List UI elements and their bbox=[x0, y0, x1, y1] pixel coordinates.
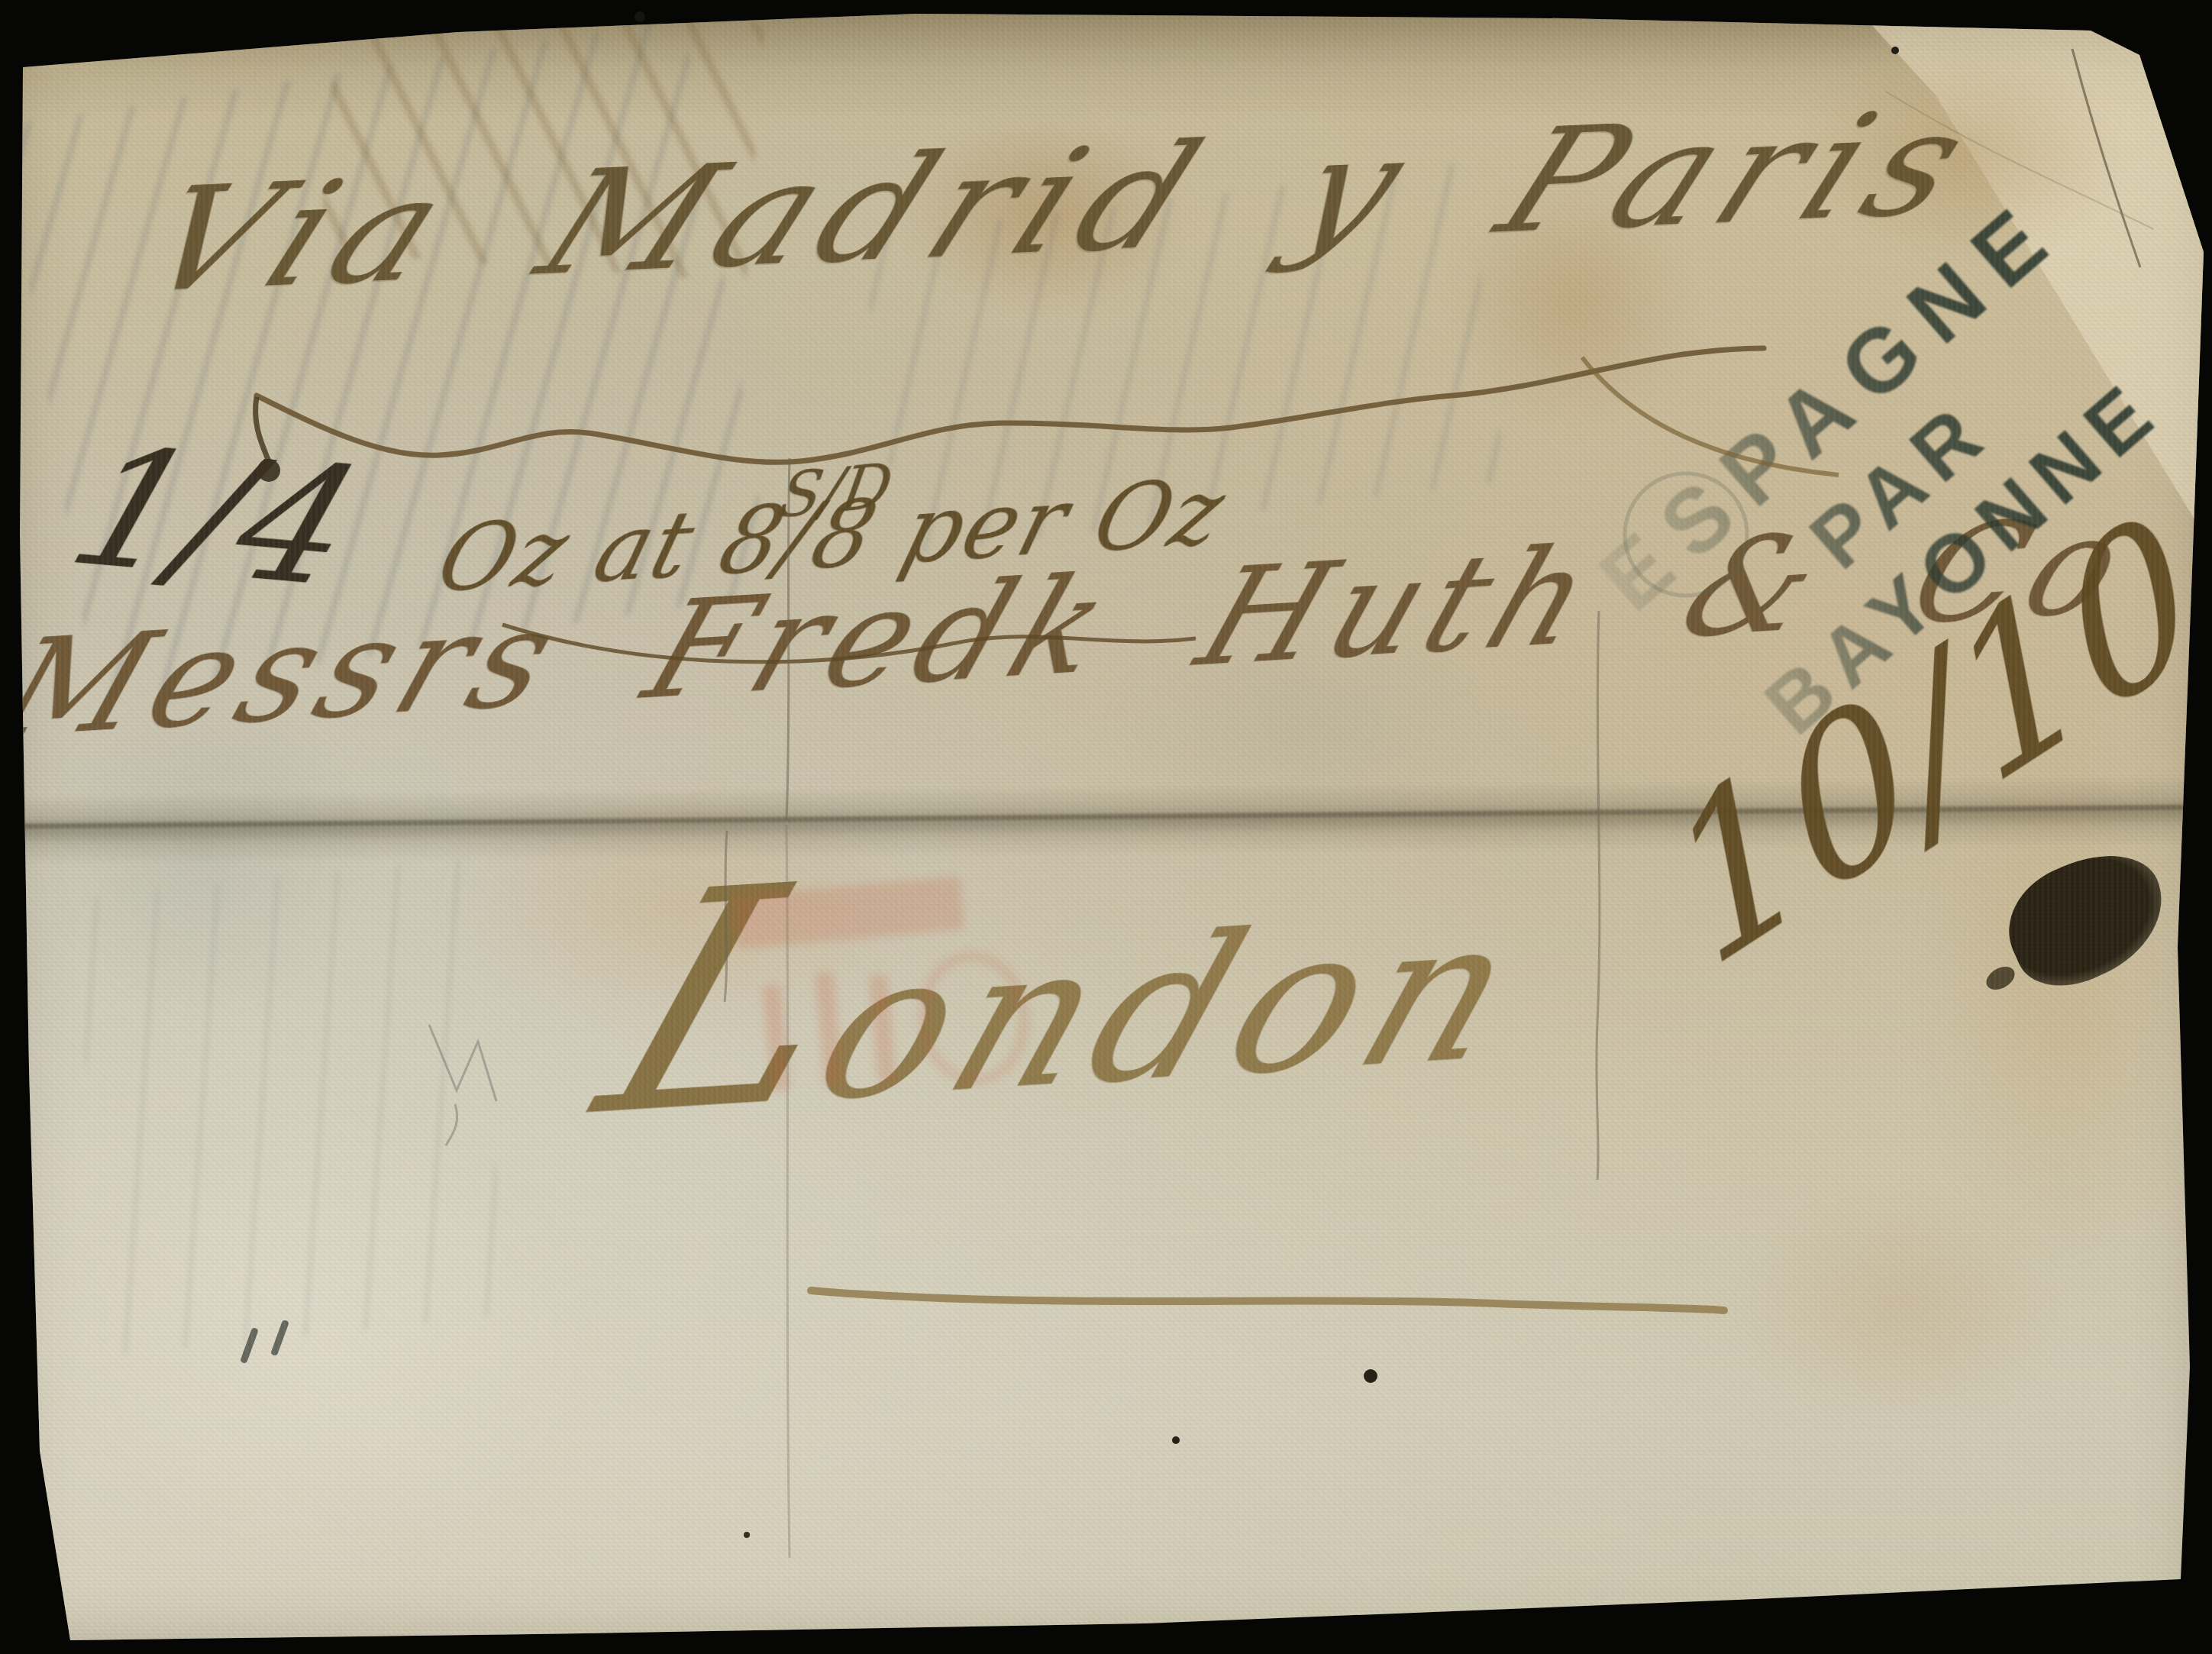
red-stamp-stroke bbox=[815, 971, 843, 1087]
weight-mark-script: 1/4 bbox=[50, 412, 383, 622]
ink-blot bbox=[1991, 834, 2184, 1003]
show-through-writing bbox=[69, 858, 512, 1355]
stain bbox=[61, 1107, 596, 1565]
red-stamp-stroke bbox=[913, 947, 1035, 1089]
speck bbox=[635, 11, 645, 22]
ink-blot-small bbox=[1982, 962, 2019, 995]
tick-mark bbox=[270, 1320, 289, 1356]
faint-red-handstamp bbox=[708, 851, 1087, 1134]
red-stamp-stroke bbox=[869, 974, 896, 1083]
red-stamp-stroke bbox=[731, 876, 964, 949]
letter-cover-paper: Via Madrid y Paris 1/4 S/D Oz at 8/8 per… bbox=[0, 0, 2212, 1654]
red-stamp-stroke bbox=[762, 984, 790, 1092]
tick-mark bbox=[240, 1327, 259, 1364]
stain bbox=[1741, 1191, 2062, 1420]
photograph-black-backdrop: Via Madrid y Paris 1/4 S/D Oz at 8/8 per… bbox=[0, 0, 2212, 1654]
